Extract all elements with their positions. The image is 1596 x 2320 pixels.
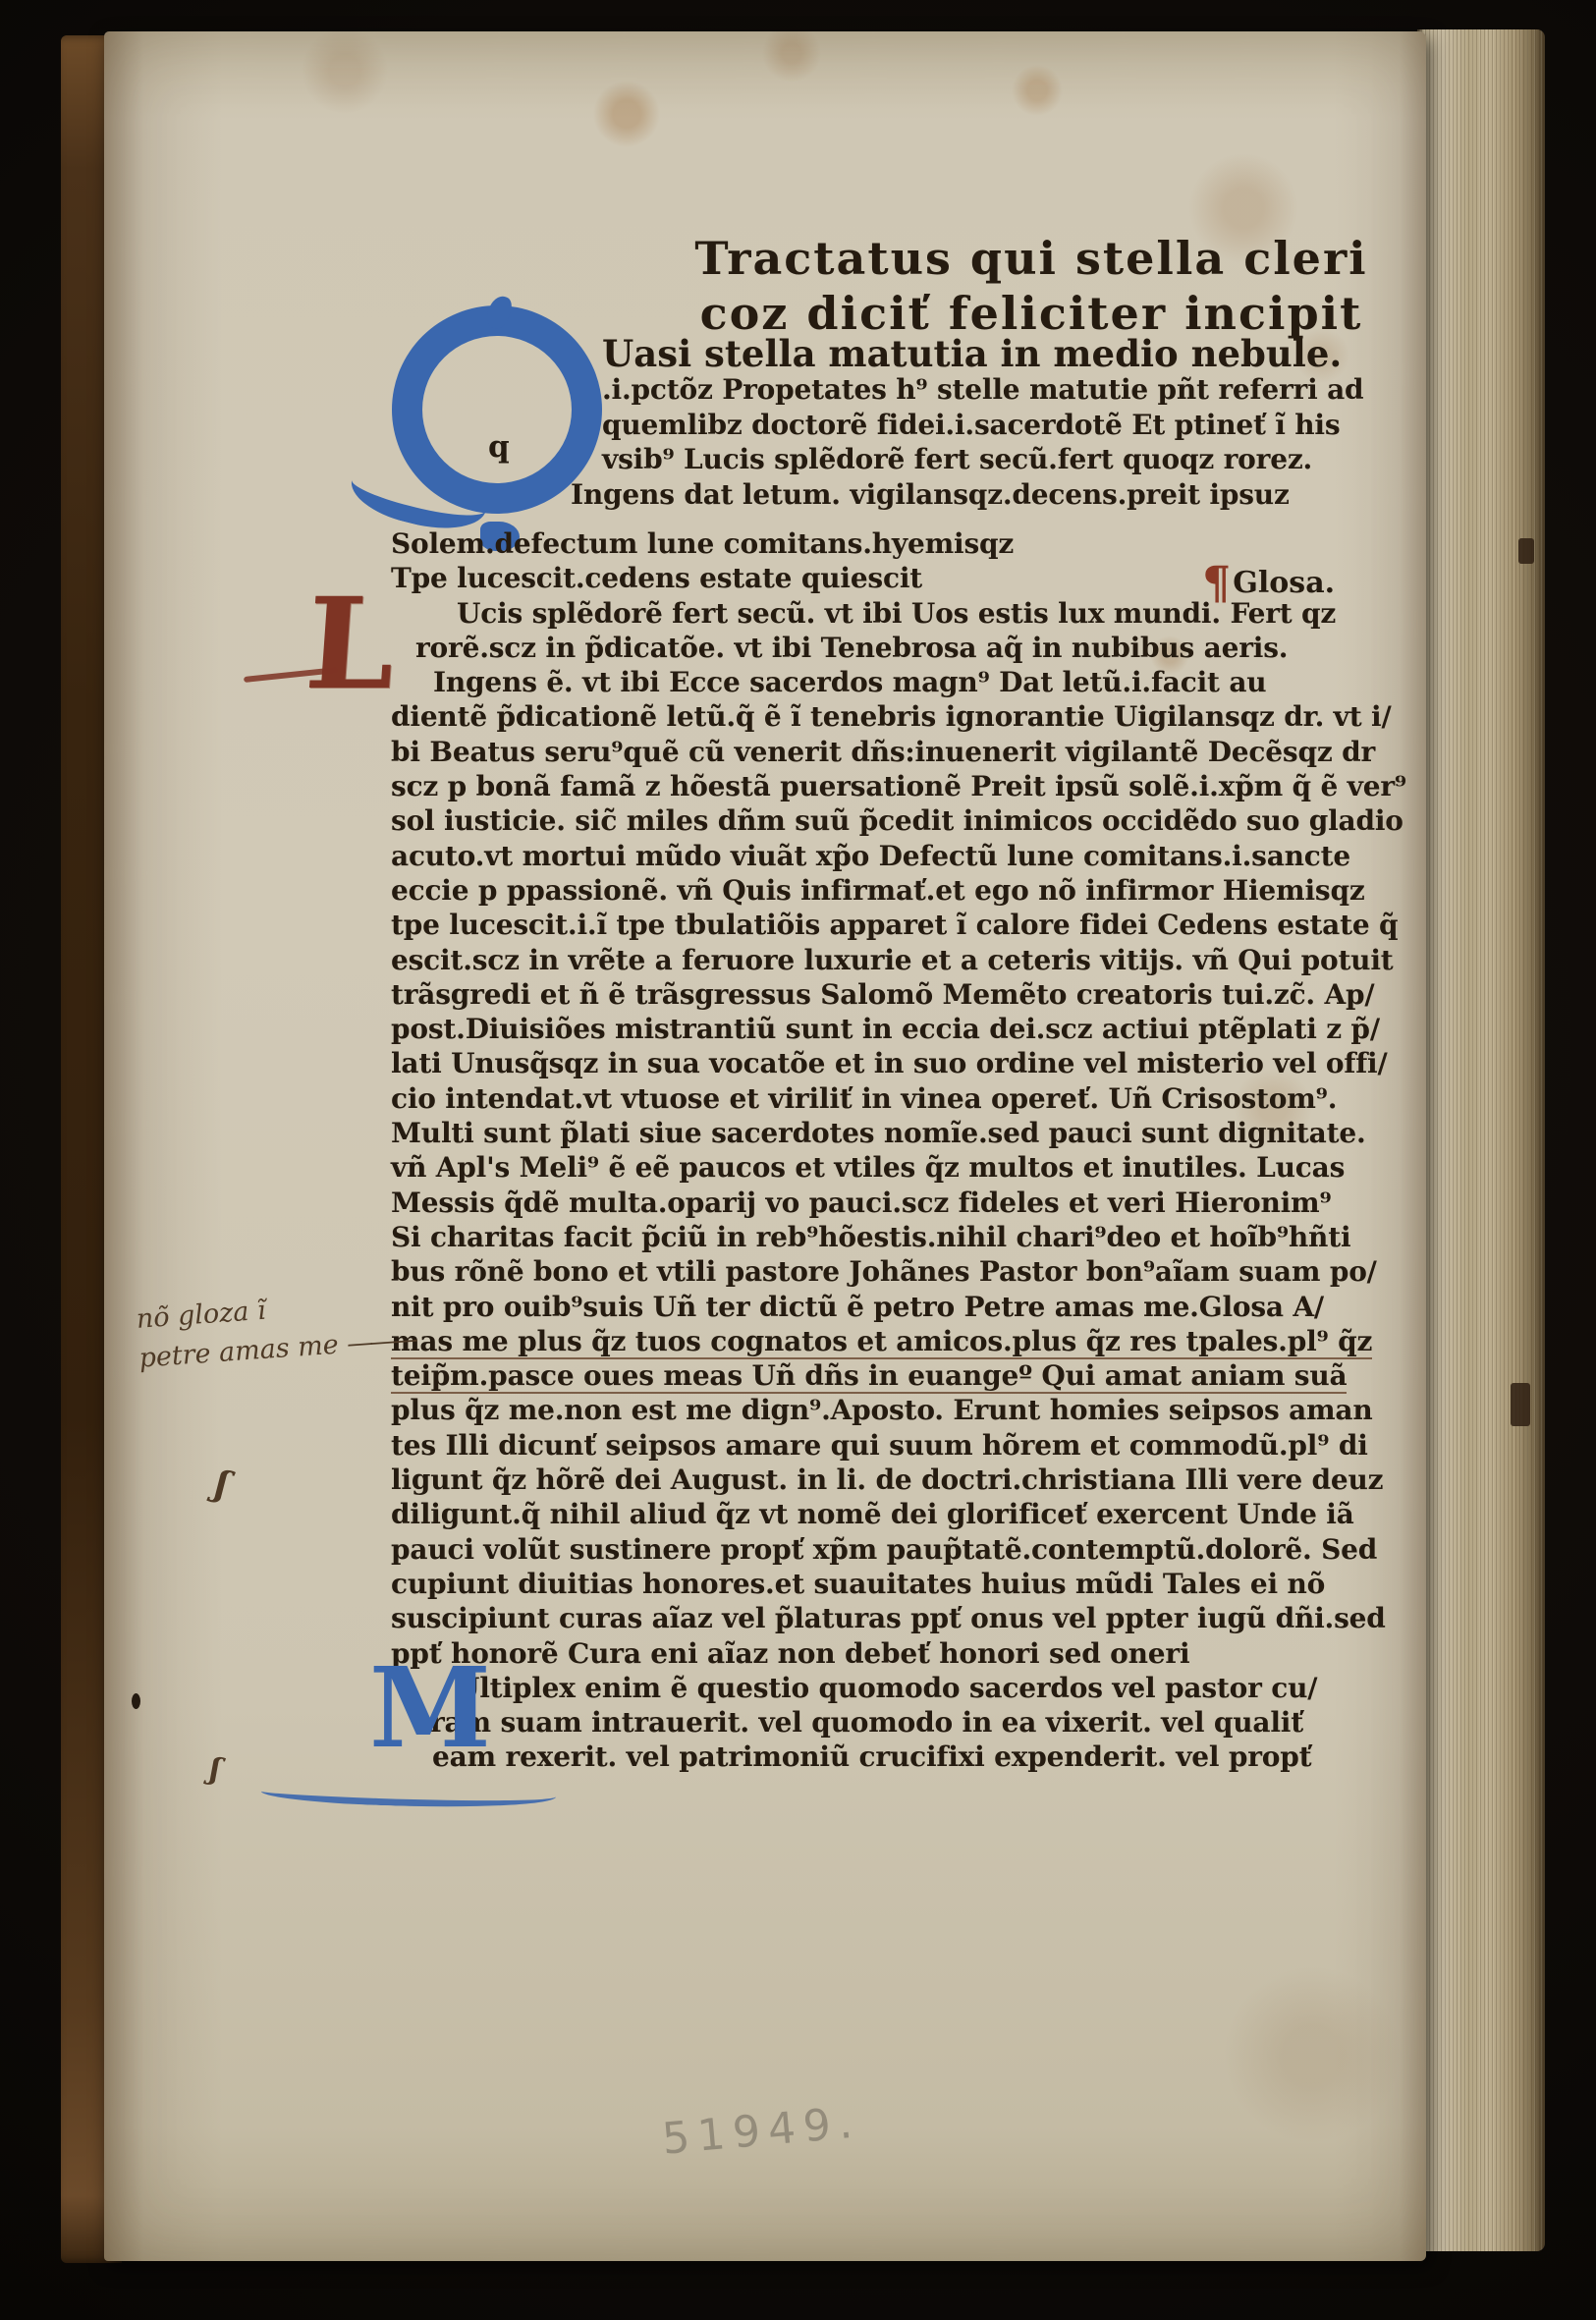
opening-lines: .i.pctõz Propetates h⁹ stelle matutie pñ… xyxy=(602,372,1363,513)
text-line: nit pro ouib⁹suis Uñ ter dictũ ẽ petro P… xyxy=(391,1290,1406,1324)
text-line: rorẽ.scz in p̃dicatõe. vt ibi Tenebrosa … xyxy=(415,631,1406,665)
margin-note-dash: ——— xyxy=(346,1324,415,1359)
fore-edge-mark xyxy=(1518,538,1534,564)
text-line: Ingens dat letum. vigilansqz.decens.prei… xyxy=(571,477,1363,513)
text-line: bi Beatus seru⁹quẽ cũ venerit dñs:inuene… xyxy=(391,735,1406,769)
pencil-shelfmark: 51949. xyxy=(660,2097,862,2164)
text-line: lati Unusq̃sqz in sua vocatõe et in suo … xyxy=(391,1046,1406,1080)
text-line: eam rexerit. vel patrimoniũ crucifixi ex… xyxy=(432,1740,1406,1774)
text-line: acuto.vt mortui mũdo viuãt xp̃o Defectũ … xyxy=(391,839,1406,873)
text-line: post.Diuisiões mistrantiũ sunt in eccia … xyxy=(391,1012,1406,1046)
text-line: plus q̃z me.non est me dign⁹.Aposto. Eru… xyxy=(391,1393,1406,1427)
text-line: Si charitas facit p̃ciũ in reb⁹hõestis.n… xyxy=(391,1220,1406,1254)
main-text-column: Solem.defectum lune comitans.hyemisqzTpe… xyxy=(391,526,1406,1775)
text-line: Messis q̃dẽ multa.oparij vo pauci.scz fi… xyxy=(391,1186,1406,1220)
opening-paragraph: Uasi stella matutia in medio nebule. .i.… xyxy=(602,337,1363,513)
rubricated-initial-l: L xyxy=(303,581,400,707)
margin-ink-mark: ʃ xyxy=(208,1751,223,1787)
text-line: bus rõnẽ bono et vtili pastore Johãnes P… xyxy=(391,1254,1406,1289)
text-line: Ingens ẽ. vt ibi Ecce sacerdos magn⁹ Dat… xyxy=(433,665,1406,699)
text-line: tpe lucescit.i.ĩ tpe tbulatiõis apparet … xyxy=(391,908,1406,942)
text-line: ppť honorẽ Cura eni aĩaz non debeť honor… xyxy=(391,1636,1406,1671)
text-line: dientẽ p̃dicationẽ letũ.q̃ ẽ ĩ tenebris … xyxy=(391,699,1406,734)
text-line: Tpe lucescit.cedens estate quiescit xyxy=(391,561,1406,595)
text-line: tes Illi dicunť seipsos amare qui suum h… xyxy=(391,1428,1406,1463)
initial-m-flourish xyxy=(261,1777,557,1811)
incipit-line: Uasi stella matutia in medio nebule. xyxy=(602,337,1363,372)
text-line: Solem.defectum lune comitans.hyemisqz xyxy=(391,526,1406,561)
text-line: scz p bonã famã z hõestã puersationẽ Pre… xyxy=(391,769,1406,803)
text-line: vñ Apl's Meli⁹ ẽ eẽ paucos et vtiles q̃z… xyxy=(391,1150,1406,1185)
manuscript-page: Tractatus qui stella cleri coz diciť fel… xyxy=(104,31,1426,2261)
initial-q-guide-letter: q xyxy=(488,429,510,465)
text-line: eccie p ppassionẽ. vñ Quis infirmať.et e… xyxy=(391,873,1406,908)
text-line: teip̃m.pasce oues meas Uñ dñs in euangeº… xyxy=(391,1358,1406,1393)
text-line: diligunt.q̃ nihil aliud q̃z vt nomẽ dei … xyxy=(391,1497,1406,1531)
text-line: ligunt q̃z hõrẽ dei August. in li. de do… xyxy=(391,1463,1406,1497)
text-line: trãsgredi et ñ ẽ trãsgressus Salomõ Memẽ… xyxy=(391,977,1406,1012)
page-title: Tractatus qui stella cleri coz diciť fel… xyxy=(599,231,1463,341)
text-line: ram suam intrauerit. vel quomodo in ea v… xyxy=(430,1705,1406,1740)
margin-ink-mark: ʃ xyxy=(212,1463,232,1506)
handwritten-margin-note: nõ gloza ĩ petre amas me ——— xyxy=(136,1281,416,1378)
text-line: suscipiunt curas aĩaz vel p̃laturas ppť … xyxy=(391,1601,1406,1635)
text-line: escit.scz in vrẽte a feruore luxurie et … xyxy=(391,943,1406,977)
illuminated-initial-m: M xyxy=(369,1654,491,1764)
text-line: cio intendat.vt vtuose et viriliť in vin… xyxy=(391,1081,1406,1116)
text-line: mas me plus q̃z tuos cognatos et amicos.… xyxy=(391,1324,1406,1358)
text-line: sol iusticie. sic̃ miles dñm suũ p̃cedit… xyxy=(391,803,1406,838)
text-line: Ultiplex enim ẽ questio quomodo sacerdos… xyxy=(456,1671,1406,1705)
fore-edge-mark xyxy=(1511,1383,1530,1426)
text-line: cupiunt diuitias honores.et suauitates h… xyxy=(391,1567,1406,1601)
scanned-book-photo: { "document": { "title": { "line1": "Tra… xyxy=(0,0,1596,2320)
text-line: .i.pctõz Propetates h⁹ stelle matutie pñ… xyxy=(602,372,1363,408)
text-line: Ucis splẽdorẽ fert secũ. vt ibi Uos esti… xyxy=(457,596,1406,631)
title-line-1: Tractatus qui stella cleri xyxy=(599,231,1463,286)
text-line: pauci volũt sustinere propť xp̃m paup̃ta… xyxy=(391,1532,1406,1567)
text-line: vsib⁹ Lucis splẽdorẽ fert secũ.fert quoq… xyxy=(602,442,1363,477)
book-fore-edge-pages xyxy=(1417,29,1545,2251)
text-line: quemlibz doctorẽ fidei.i.sacerdotẽ Et pt… xyxy=(602,408,1363,443)
page-edge-flaw xyxy=(132,1693,140,1709)
text-line: Multi sunt p̃lati siue sacerdotes nomĩe.… xyxy=(391,1116,1406,1150)
